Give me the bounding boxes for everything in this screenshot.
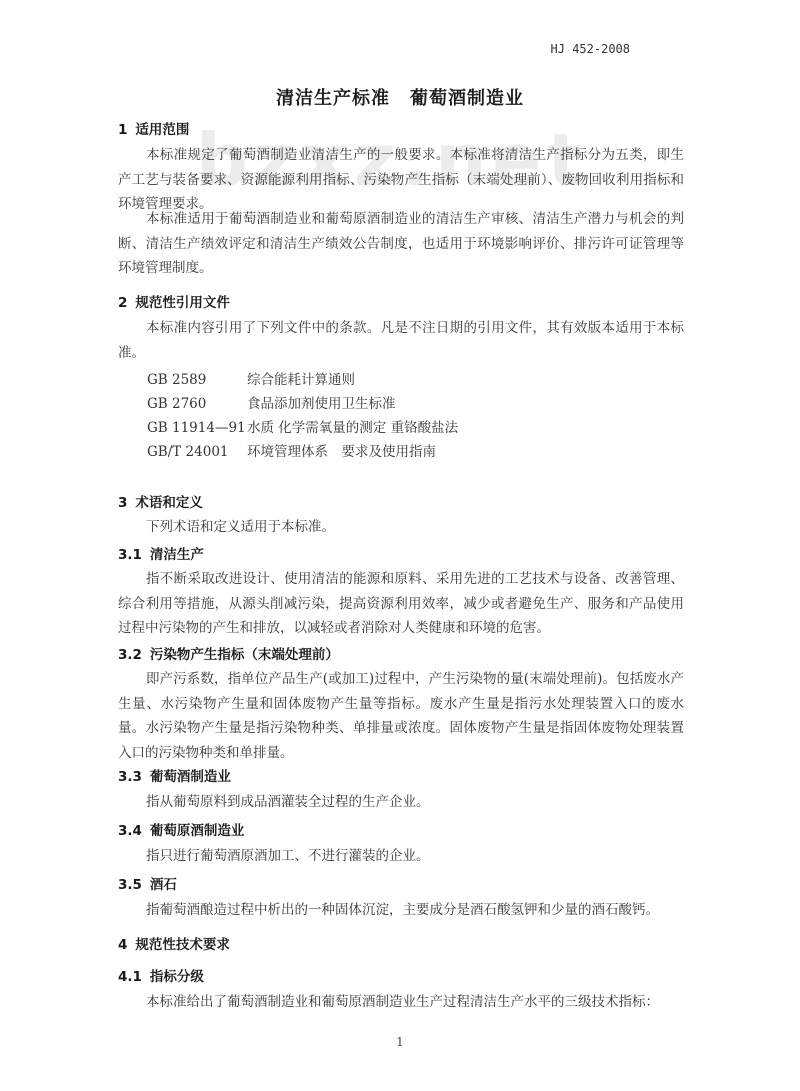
term-3-5-text: 指葡萄酒酿造过程中析出的一种固体沉淀，主要成分是酒石酸氢钾和少量的酒石酸钙。 bbox=[118, 898, 684, 923]
term-number: 3.1 bbox=[118, 547, 142, 563]
reference-code: GB 2589 bbox=[147, 372, 247, 388]
term-3-3-text: 指从葡萄原料到成品酒灌装全过程的生产企业。 bbox=[118, 790, 684, 815]
reference-title: 水质 化学需氧量的测定 重铬酸盐法 bbox=[247, 420, 458, 436]
section-1-heading: 1适用范围 bbox=[118, 118, 189, 138]
term-title: 葡萄酒制造业 bbox=[150, 769, 231, 785]
section-3-intro: 下列术语和定义适用于本标准。 bbox=[118, 515, 684, 540]
term-title: 酒石 bbox=[150, 877, 177, 893]
document-title: 清洁生产标准葡萄酒制造业 bbox=[0, 84, 800, 110]
section-title: 规范性引用文件 bbox=[135, 295, 230, 311]
section-1-paragraph-2: 本标准适用于葡萄酒制造业和葡萄原酒制造业的清洁生产审核、清洁生产潜力与机会的判断… bbox=[118, 207, 684, 281]
term-3-4-heading: 3.4葡萄原酒制造业 bbox=[118, 819, 244, 839]
title-part-1: 清洁生产标准 bbox=[276, 88, 390, 109]
term-title: 葡萄原酒制造业 bbox=[150, 823, 245, 839]
term-number: 3.2 bbox=[118, 647, 142, 663]
term-3-4-text: 指只进行葡萄酒原酒加工、不进行灌装的企业。 bbox=[118, 844, 684, 869]
term-number: 3.5 bbox=[118, 877, 142, 893]
section-title: 规范性技术要求 bbox=[135, 937, 230, 953]
subsection-number: 4.1 bbox=[118, 969, 142, 985]
section-title: 适用范围 bbox=[135, 122, 189, 138]
reference-item: GB 2589综合能耗计算通则 bbox=[147, 368, 355, 388]
term-3-3-heading: 3.3葡萄酒制造业 bbox=[118, 765, 231, 785]
term-3-2-heading: 3.2污染物产生指标（末端处理前） bbox=[118, 643, 339, 663]
term-number: 3.3 bbox=[118, 769, 142, 785]
section-4-heading: 4规范性技术要求 bbox=[118, 933, 230, 953]
reference-code: GB 2760 bbox=[147, 396, 247, 412]
term-title: 污染物产生指标（末端处理前） bbox=[150, 647, 339, 663]
term-3-1-heading: 3.1清洁生产 bbox=[118, 543, 204, 563]
subsection-title: 指标分级 bbox=[150, 969, 204, 985]
subsection-4-1-heading: 4.1指标分级 bbox=[118, 965, 204, 985]
reference-title: 环境管理体系 要求及使用指南 bbox=[247, 444, 436, 460]
reference-code: GB/T 24001 bbox=[147, 444, 247, 460]
document-page: HJ 452-2008 清洁生产标准葡萄酒制造业 bzxz.net 1适用范围 … bbox=[0, 0, 800, 1091]
section-2-heading: 2规范性引用文件 bbox=[118, 291, 230, 311]
section-3-heading: 3术语和定义 bbox=[118, 491, 203, 511]
standard-code: HJ 452-2008 bbox=[551, 42, 630, 56]
section-number: 4 bbox=[118, 937, 127, 953]
section-2-intro: 本标准内容引用了下列文件中的条款。凡是不注日期的引用文件，其有效版本适用于本标准… bbox=[118, 316, 684, 365]
section-number: 3 bbox=[118, 495, 127, 511]
term-number: 3.4 bbox=[118, 823, 142, 839]
reference-title: 食品添加剂使用卫生标准 bbox=[247, 396, 396, 412]
section-1-paragraph-1: 本标准规定了葡萄酒制造业清洁生产的一般要求。本标准将清洁生产指标分为五类，即生产… bbox=[118, 143, 684, 217]
title-part-2: 葡萄酒制造业 bbox=[410, 88, 524, 109]
reference-item: GB 2760食品添加剂使用卫生标准 bbox=[147, 392, 396, 412]
reference-item: GB 11914—91水质 化学需氧量的测定 重铬酸盐法 bbox=[147, 416, 458, 436]
subsection-4-1-text: 本标准给出了葡萄酒制造业和葡萄原酒制造业生产过程清洁生产水平的三级技术指标： bbox=[118, 990, 684, 1015]
reference-title: 综合能耗计算通则 bbox=[247, 372, 355, 388]
page-number: 1 bbox=[0, 1035, 800, 1049]
term-3-1-text: 指不断采取改进设计、使用清洁的能源和原料、采用先进的工艺技术与设备、改善管理、综… bbox=[118, 567, 684, 641]
section-number: 2 bbox=[118, 295, 127, 311]
reference-code: GB 11914—91 bbox=[147, 420, 247, 436]
reference-item: GB/T 24001环境管理体系 要求及使用指南 bbox=[147, 440, 436, 460]
term-title: 清洁生产 bbox=[150, 547, 204, 563]
section-number: 1 bbox=[118, 122, 127, 138]
term-3-2-text: 即产污系数，指单位产品生产(或加工)过程中，产生污染物的量(末端处理前)。包括废… bbox=[118, 667, 684, 765]
term-3-5-heading: 3.5酒石 bbox=[118, 873, 177, 893]
section-title: 术语和定义 bbox=[135, 495, 203, 511]
